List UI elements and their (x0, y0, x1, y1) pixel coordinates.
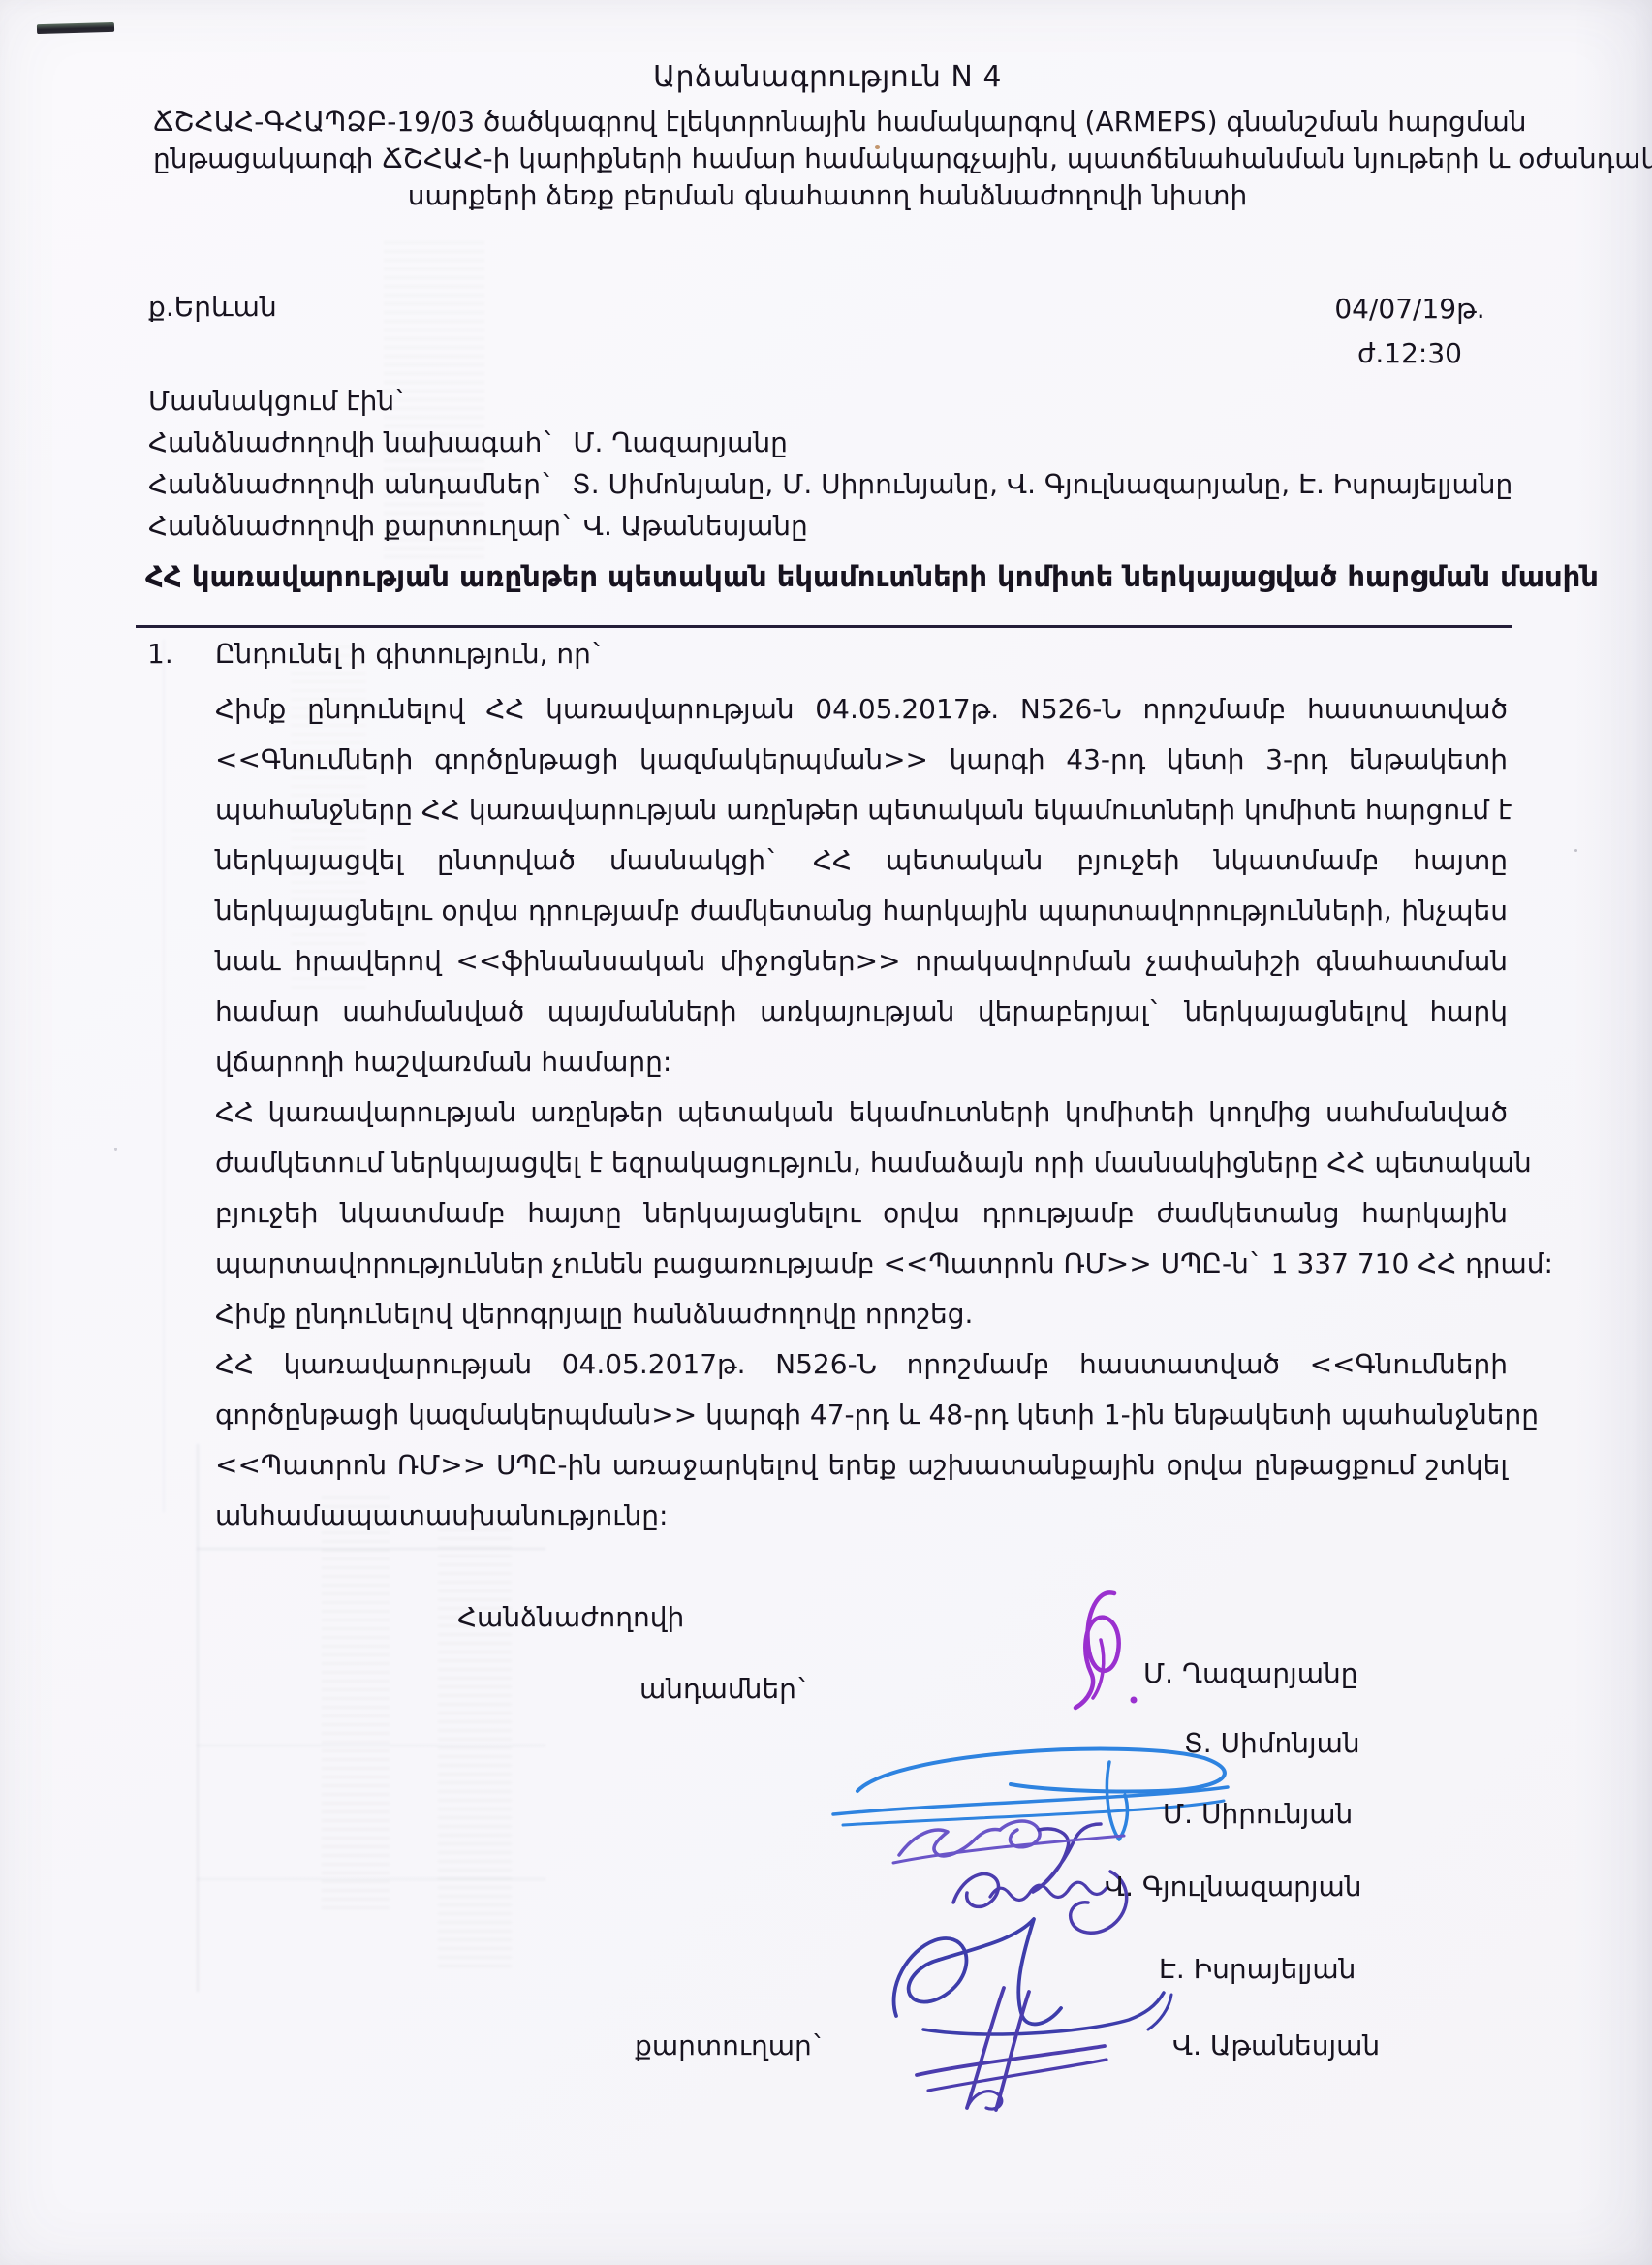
signer-name: Վ. Գյուլնազարյան (1105, 1871, 1362, 1903)
scanned-document-page: Արձանագրություն N 4 ՃՇՀԱՀ-ԳՀԱՊՁԲ-19/03 ծ… (0, 0, 1652, 2265)
document-subtitle: ՃՇՀԱՀ-ԳՀԱՊՁԲ-19/03 ծածկագրով էլեկտրոնայի… (153, 104, 1502, 214)
attendance-block: Մասնակցում էին` Հանձնաժողովի նախագահ`Մ. … (148, 380, 1512, 547)
body-line: բյուջեի նկատմամբ հայտը ներկայացնելու օրվ… (215, 1188, 1508, 1239)
date-time-block: 04/07/19թ. ժ.12:30 (1303, 287, 1516, 376)
item-number: 1. (147, 638, 215, 670)
dust-speck (114, 1148, 117, 1151)
signature-ghazaryan (1046, 1584, 1168, 1714)
bleed-through-table-line (197, 1548, 545, 1550)
signer-name: Տ. Սիմոնյան (1184, 1727, 1360, 1759)
subtitle-line: ընթացակարգի ՃՇՀԱՀ-ի կարիքների համար համա… (153, 141, 1502, 177)
bleed-through-ghost (322, 1493, 390, 1909)
bleed-through-ghost (438, 1512, 512, 1967)
chair-label: Հանձնաժողովի նախագահ` (148, 426, 555, 458)
secretary-label: Հանձնաժողովի քարտուղար` (148, 510, 575, 542)
body-line: Հիմք ընդունելով վերոգրյալը հանձնաժողովը … (215, 1289, 1508, 1339)
city-label: ք.Երևան (148, 291, 277, 323)
signature-members-label: անդամներ` (639, 1673, 810, 1705)
body-line: ՀՀ կառավարության առընթեր պետական եկամուտ… (215, 1087, 1508, 1138)
signature-atanesyan (911, 1982, 1114, 2118)
time-label: ժ.12:30 (1303, 331, 1516, 376)
signature-committee-label: Հանձնաժողովի (457, 1601, 684, 1633)
bleed-through-table-line (163, 640, 165, 1512)
attendance-secretary-row: Հանձնաժողովի քարտուղար` Վ. Աթանեսյանը (148, 505, 1512, 547)
attendance-chair-row: Հանձնաժողովի նախագահ`Մ. Ղազարյանը (148, 422, 1512, 463)
secretary-name: Վ. Աթանեսյանը (583, 510, 808, 542)
document-header: Արձանագրություն N 4 ՃՇՀԱՀ-ԳՀԱՊՁԲ-19/03 ծ… (153, 60, 1502, 214)
signer-name: Մ. Սիրունյան (1163, 1798, 1353, 1830)
subtitle-line: ՃՇՀԱՀ-ԳՀԱՊՁԲ-19/03 ծածկագրով էլեկտրոնայի… (153, 104, 1502, 141)
date-label: 04/07/19թ. (1303, 287, 1516, 331)
body-line: ներկայացնելու օրվա դրությամբ ժամկետանց հ… (215, 886, 1508, 936)
members-names: Տ. Սիմոնյանը, Մ. Սիրունյանը, Վ. Գյուլնազ… (572, 468, 1512, 500)
body-line: անհամապատասխանությունը: (215, 1491, 1508, 1541)
bleed-through-table-line (197, 1444, 199, 1992)
attendance-intro: Մասնակցում էին` (148, 380, 1512, 422)
chair-name: Մ. Ղազարյանը (573, 426, 788, 458)
body-line: <<Պատրոն ՌՄ>> ՍՊԸ-ին առաջարկելով երեք աշ… (215, 1440, 1508, 1491)
body-line: նաև հրավերով <<ֆինանսական միջոցներ>> որա… (215, 936, 1508, 987)
signer-name: Վ. Աթանեսյան (1172, 2029, 1380, 2061)
attendance-members-row: Հանձնաժողովի անդամներ`Տ. Սիմոնյանը, Մ. Ս… (148, 463, 1512, 505)
body-line: համար սահմանված պայմանների առկայության վ… (215, 987, 1508, 1037)
subject-heading: ՀՀ կառավարության առընթեր պետական եկամուտ… (145, 560, 1507, 593)
body-line: <<Գնումների գործընթացի կազմակերպման>> կա… (215, 735, 1508, 785)
body-line: ՀՀ կառավարության 04.05.2017թ. N526-Ն որո… (215, 1339, 1508, 1390)
horizontal-rule (136, 625, 1512, 628)
scan-edge-shading (1574, 0, 1652, 2265)
body-line: ժամկետում ներկայացվել է եզրակացություն, … (215, 1138, 1508, 1188)
page-title: Արձանագրություն N 4 (153, 60, 1502, 94)
body-line: պահանջները ՀՀ կառավարության առընթեր պետա… (215, 785, 1508, 835)
body-line: Հիմք ընդունելով ՀՀ կառավարության 04.05.2… (215, 684, 1508, 735)
body-line: վճարողի հաշվառման համարը: (215, 1037, 1508, 1087)
body-text: Հիմք ընդունելով ՀՀ կառավարության 04.05.2… (215, 684, 1508, 1541)
body-line: պարտավորություններ չունեն բացառությամբ <… (215, 1239, 1508, 1289)
bleed-through-table-line (197, 1745, 545, 1746)
item-1-line: 1.Ընդունել ի գիտություն, որ` (147, 638, 605, 670)
scan-corner-mark (37, 22, 114, 34)
signer-name: Մ. Ղազարյանը (1143, 1657, 1358, 1689)
subtitle-line: սարքերի ձեռք բերման գնահատող հանձնաժողով… (153, 177, 1502, 214)
body-line: գործընթացի կազմակերպման>> կարգի 47-րդ և … (215, 1390, 1508, 1440)
members-label: Հանձնաժողովի անդամներ` (148, 468, 554, 500)
bleed-through-table-line (197, 1878, 545, 1880)
body-line: ներկայացվել ընտրված մասնակցի` ՀՀ պետական… (215, 835, 1508, 886)
signature-secretary-label: քարտուղար` (635, 2029, 826, 2061)
signer-name: Է. Իսրայելյան (1159, 1953, 1356, 1985)
item-intro: Ընդունել ի գիտություն, որ` (215, 638, 605, 670)
